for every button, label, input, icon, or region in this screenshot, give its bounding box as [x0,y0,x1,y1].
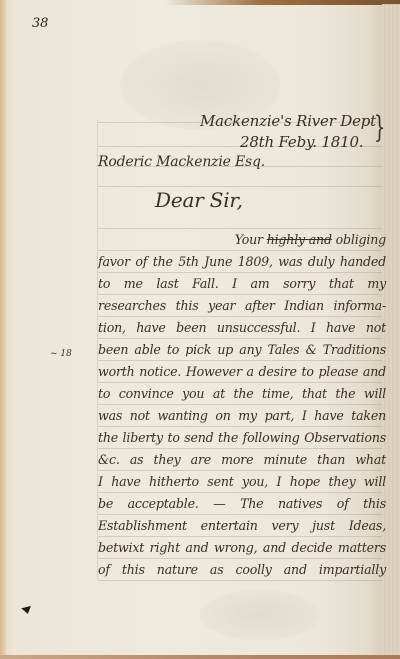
ruled-line [98,404,382,405]
ruled-line [98,492,382,493]
ruled-line [98,426,382,427]
body-line: was not wanting on my part, I have taken [98,408,386,423]
body-line: researches this year after Indian inform… [98,298,386,313]
letter-addressee: Roderic Mackenzie Esq. [98,154,265,170]
body-line: to convince you at the time, that the wi… [98,386,386,401]
ruled-line [98,316,382,317]
body-text: Your [235,232,267,247]
manuscript-page: 38 Mackenzie's River Dept 28th Feby. 181… [0,0,400,659]
ruled-line [98,250,382,251]
body-line: favor of the 5th June 1809, was duly han… [98,254,386,269]
arrow-down-mark-icon [21,606,32,615]
ruled-line [98,382,382,383]
book-binding-top-edge [165,0,400,5]
letter-date: 28th Feby. 1810. [240,133,363,151]
body-line: be acceptable. — The natives of this [98,496,386,511]
ruled-line [98,360,382,361]
body-line: Your highly and obliging [98,232,386,247]
body-line: been able to pick up any Tales & Traditi… [98,342,386,357]
margin-note: ~ 18 [50,349,72,359]
body-line: worth notice. However a desire to please… [98,364,386,379]
letter-salutation: Dear Sir, [155,188,243,212]
ruled-line [98,558,382,559]
body-line: of this nature as coolly and impartially [98,562,386,577]
struck-text: highly and [267,232,332,247]
body-text: obliging [332,232,386,247]
ruled-line [98,448,382,449]
ruled-line [98,228,382,229]
book-binding-bottom-edge [0,655,400,659]
ruled-line [98,470,382,471]
body-line: I have hitherto sent you, I hope they wi… [98,474,386,489]
body-line: tion, have been unsuccessful. I have not [98,320,386,335]
ruled-line [98,338,382,339]
ruled-line [98,536,382,537]
ruled-line [98,514,382,515]
body-line: to me last Fall. I am sorry that my [98,276,386,291]
body-line: betwixt right and wrong, and decide matt… [98,540,386,555]
page-left-edge [0,0,6,659]
body-line: Establishment entertain very just Ideas, [98,518,386,533]
brace-mark: } [374,113,385,143]
ruled-line [98,580,382,581]
ruled-line [98,294,382,295]
ruled-line [98,272,382,273]
body-line: &c. as they are more minute than what [98,452,386,467]
page-number: 38 [32,16,48,31]
ruled-line [98,186,382,187]
body-line: the liberty to send the following Observ… [98,430,386,445]
paper-stain [200,590,320,640]
letter-place: Mackenzie's River Dept [200,112,376,130]
